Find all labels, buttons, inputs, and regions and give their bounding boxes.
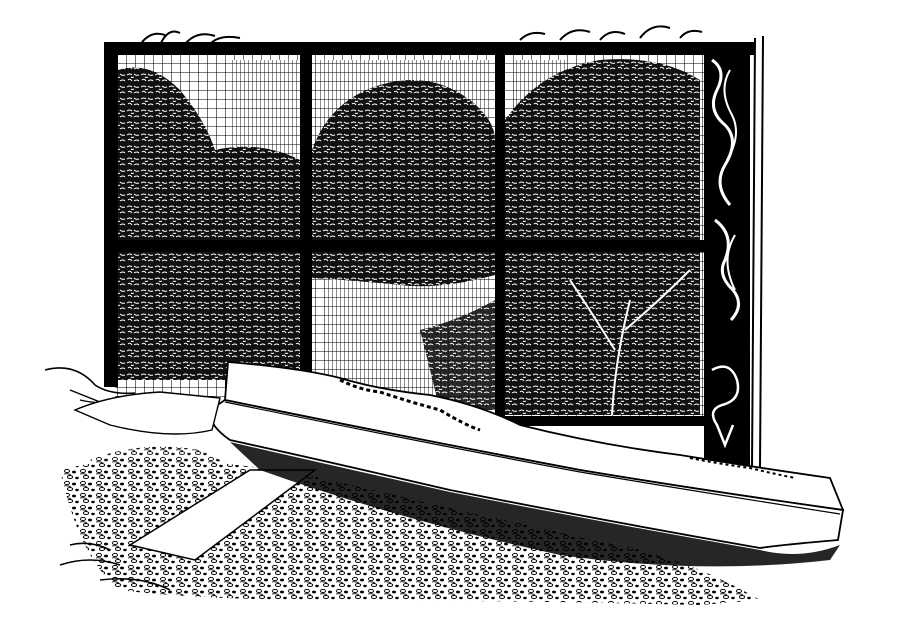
ink-illustration	[0, 0, 900, 642]
